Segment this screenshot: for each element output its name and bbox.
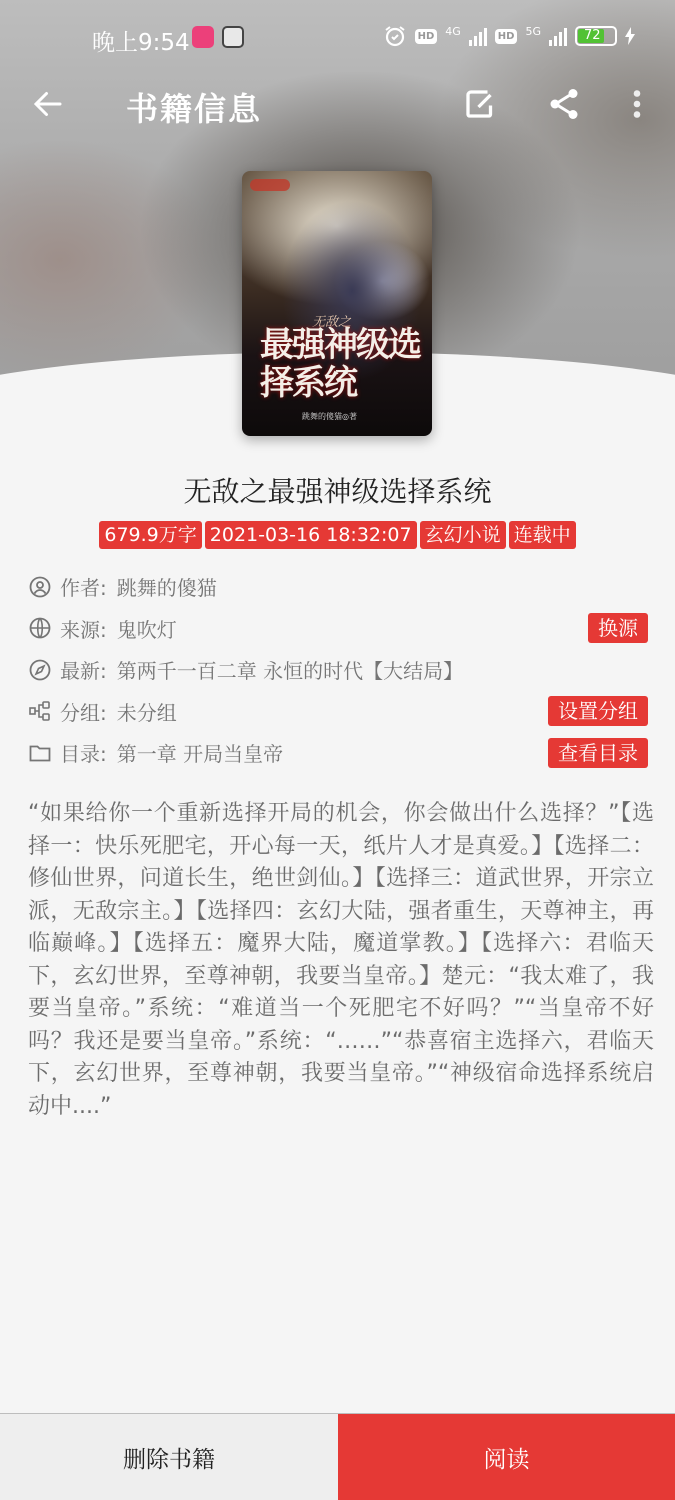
alarm-icon	[383, 24, 407, 48]
info-label: 分组:	[60, 697, 107, 726]
hd-badge: HD	[415, 29, 438, 44]
status-indicators: HD 4G HD 5G 72	[383, 24, 635, 48]
word-count-tag: 679.9万字	[99, 521, 201, 549]
info-label: 最新:	[60, 655, 107, 684]
info-label: 目录:	[60, 738, 107, 767]
signal-icon	[469, 26, 487, 46]
update-time-tag: 2021-03-16 18:32:07	[205, 521, 417, 549]
book-cover[interactable]: 无敌之 最强神级选择系统 跳舞的傻猫◎著	[242, 171, 432, 436]
battery-level: 72	[578, 29, 604, 43]
page-title: 书籍信息	[126, 84, 262, 130]
set-group-button[interactable]: 设置分组	[548, 696, 648, 726]
genre-tag: 玄幻小说	[420, 521, 506, 549]
delete-book-button[interactable]: 删除书籍	[0, 1414, 338, 1500]
book-tags: 679.9万字 2021-03-16 18:32:07 玄幻小说 连载中	[0, 521, 675, 549]
latest-chapter-value[interactable]: 第两千一百二章 永恒的时代【大结局】	[117, 655, 463, 684]
more-vert-icon[interactable]	[619, 86, 655, 122]
info-row-source: 来源: 鬼吹灯 换源	[28, 608, 648, 650]
book-title: 无敌之最强神级选择系统	[0, 470, 675, 510]
info-row-latest: 最新: 第两千一百二章 永恒的时代【大结局】	[28, 649, 648, 691]
read-button[interactable]: 阅读	[338, 1414, 675, 1500]
cover-title: 最强神级选择系统	[260, 326, 420, 402]
app-notification-icon-2	[222, 26, 244, 48]
network-label-1: 4G	[445, 25, 461, 38]
group-icon	[28, 699, 52, 723]
toolbar: 书籍信息	[0, 74, 675, 134]
author-value: 跳舞的傻猫	[117, 572, 217, 601]
change-source-button[interactable]: 换源	[588, 613, 648, 643]
edit-icon[interactable]	[462, 86, 498, 122]
status-time: 晚上9:54	[92, 24, 190, 57]
info-row-toc: 目录: 第一章 开局当皇帝 查看目录	[28, 732, 648, 774]
info-label: 来源:	[60, 614, 107, 643]
status-tag: 连载中	[509, 521, 576, 549]
view-toc-button[interactable]: 查看目录	[548, 738, 648, 768]
info-row-author: 作者: 跳舞的傻猫	[28, 566, 648, 608]
status-bar: 晚上9:54 HD 4G HD 5G 72	[0, 0, 675, 74]
network-label-2: 5G	[525, 25, 541, 38]
globe-icon	[28, 616, 52, 640]
folder-icon	[28, 741, 52, 765]
group-value: 未分组	[117, 697, 177, 726]
source-value: 鬼吹灯	[117, 614, 177, 643]
charging-icon	[625, 27, 635, 45]
app-notification-icon	[192, 26, 214, 48]
hd-badge-2: HD	[495, 29, 518, 44]
compass-icon	[28, 658, 52, 682]
book-description: “如果给你一个重新选择开局的机会，你会做出什么选择？”【选择一：快乐死肥宅，开心…	[28, 798, 654, 1123]
share-icon[interactable]	[546, 86, 582, 122]
publisher-logo	[250, 179, 290, 191]
book-info-list: 作者: 跳舞的傻猫 来源: 鬼吹灯 换源 最新: 第两千一百二章 永恒的时代【大…	[28, 566, 648, 774]
info-label: 作者:	[60, 572, 107, 601]
back-arrow-icon[interactable]	[30, 86, 66, 122]
person-icon	[28, 575, 52, 599]
bottom-action-bar: 删除书籍 阅读	[0, 1413, 675, 1500]
cover-author: 跳舞的傻猫◎著	[302, 411, 357, 422]
signal-icon-2	[549, 26, 567, 46]
info-row-group: 分组: 未分组 设置分组	[28, 691, 648, 733]
toc-value: 第一章 开局当皇帝	[117, 738, 283, 767]
battery-icon: 72	[575, 26, 617, 46]
